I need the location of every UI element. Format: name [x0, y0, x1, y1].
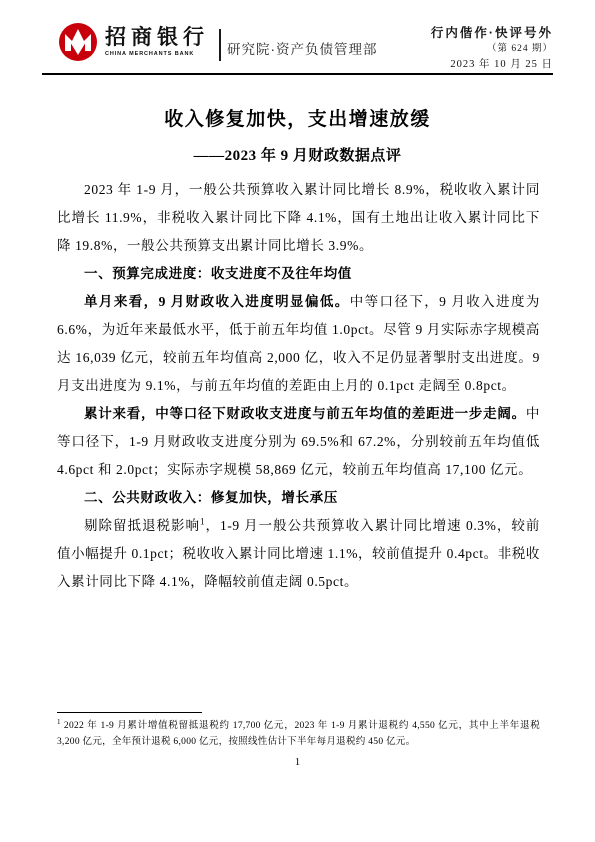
document-page: 招商银行 CHINA MERCHANTS BANK 研究院·资产负债管理部 行内… — [0, 0, 595, 842]
paragraph-cumulative: 累计来看，中等口径下财政收支进度与前五年均值的差距进一步走阔。中等口径下，1-9… — [57, 400, 540, 484]
page-header: 招商银行 CHINA MERCHANTS BANK 研究院·资产负债管理部 行内… — [42, 22, 553, 73]
report-issue: （第 624 期） — [431, 42, 553, 57]
bank-name: 招商银行 — [105, 27, 209, 49]
paragraph-revenue-pre: 剔除留抵退税影响 — [84, 518, 200, 533]
document-body: 2023 年 1-9 月，一般公共预算收入累计同比增长 8.9%，税收收入累计同… — [57, 176, 540, 596]
paragraph-revenue: 剔除留抵退税影响1，1-9 月一般公共预算收入累计同比增速 0.3%，较前值小幅… — [57, 512, 540, 596]
paragraph-monthly: 单月来看，9 月财政收入进度明显偏低。中等口径下，9 月收入进度为 6.6%，为… — [57, 288, 540, 400]
footnote-separator — [57, 712, 202, 713]
header-divider — [219, 29, 221, 61]
header-rule — [42, 73, 553, 75]
department-label: 研究院·资产负债管理部 — [227, 38, 378, 58]
footnote: 1 2022 年 1-9 月累计增值税留抵退税约 17,700 亿元，2023 … — [57, 719, 540, 750]
section-heading-2: 二、公共财政收入：修复加快，增长承压 — [57, 484, 540, 512]
bank-logo-group: 招商银行 CHINA MERCHANTS BANK 研究院·资产负债管理部 — [58, 22, 378, 62]
paragraph-intro: 2023 年 1-9 月，一般公共预算收入累计同比增长 8.9%，税收收入累计同… — [57, 176, 540, 260]
paragraph-cumulative-lead: 累计来看，中等口径下财政收支进度与前五年均值的差距进一步走阔。 — [84, 406, 526, 421]
report-date: 2023 年 10 月 25 日 — [431, 57, 553, 73]
section-heading-1: 一、预算完成进度：收支进度不及往年均值 — [57, 260, 540, 288]
paragraph-monthly-lead: 单月来看，9 月财政收入进度明显偏低。 — [84, 294, 350, 309]
bank-wordmark: 招商银行 CHINA MERCHANTS BANK — [105, 27, 209, 57]
page-number: 1 — [0, 757, 595, 768]
page-title: 收入修复加快，支出增速放缓 — [0, 104, 595, 131]
cmb-logo-icon — [58, 22, 98, 62]
bank-name-en: CHINA MERCHANTS BANK — [105, 51, 209, 57]
report-series: 行内偕作·快评号外 — [431, 24, 553, 42]
issue-info-block: 行内偕作·快评号外 （第 624 期） 2023 年 10 月 25 日 — [431, 24, 553, 73]
footnote-text: 2022 年 1-9 月累计增值税留抵退税约 17,700 亿元，2023 年 … — [57, 721, 540, 747]
page-subtitle: ——2023 年 9 月财政数据点评 — [0, 144, 595, 165]
